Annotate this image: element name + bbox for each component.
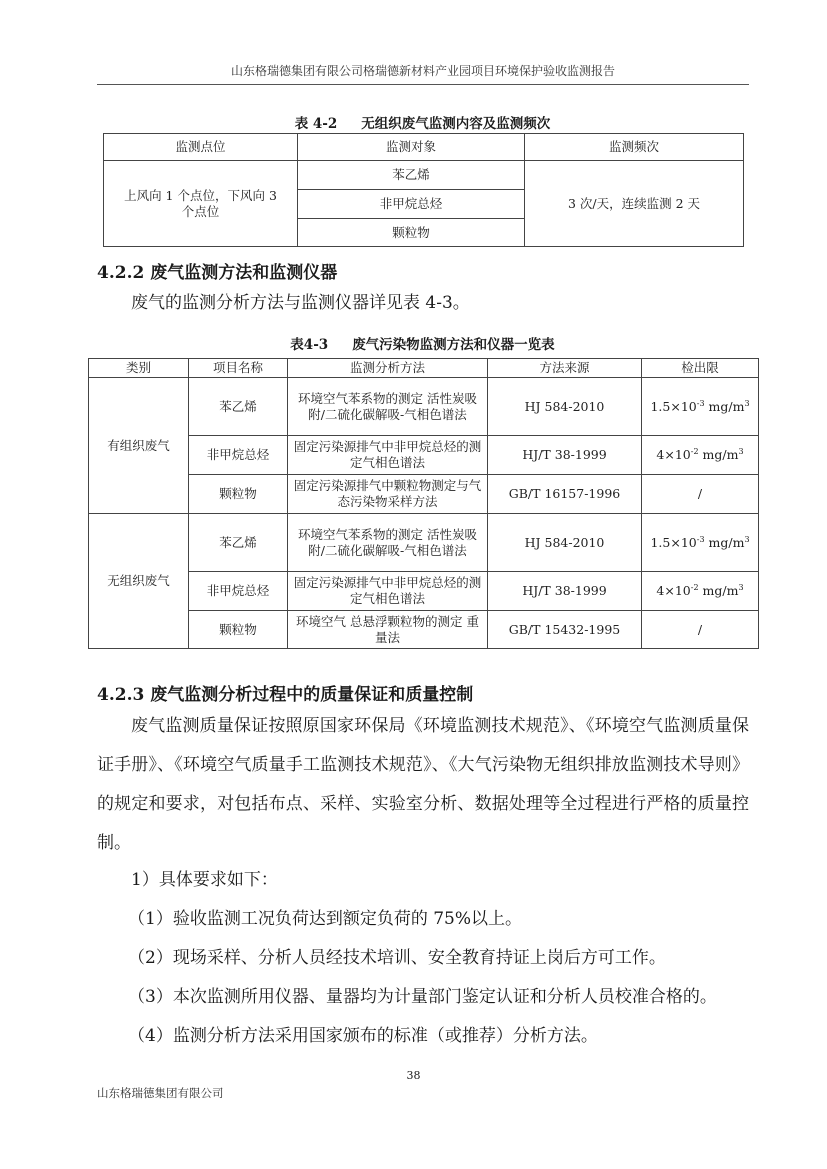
page-number: 38 <box>0 1069 827 1082</box>
item-cell: 非甲烷总烃 <box>189 572 288 611</box>
table-4-2: 监测点位 监测对象 监测频次 上风向 1 个点位，下风向 3 个点位 苯乙烯 3… <box>103 133 744 247</box>
source-cell: HJ/T 38-1999 <box>488 572 642 611</box>
header-cell: 监测频次 <box>525 134 744 161</box>
table-row: 颗粒物 固定污染源排气中颗粒物测定与气态污染物采样方法 GB/T 16157-1… <box>89 475 759 514</box>
source-cell: GB/T 16157-1996 <box>488 475 642 514</box>
limit-cell: 4×10-2 mg/m3 <box>642 572 759 611</box>
category-cell: 有组织废气 <box>89 378 189 514</box>
source-cell: GB/T 15432-1995 <box>488 611 642 649</box>
source-cell: HJ/T 38-1999 <box>488 436 642 475</box>
running-header: 山东格瑞德集团有限公司格瑞德新材料产业园项目环境保护验收监测报告 <box>97 62 749 79</box>
item-cell: 非甲烷总烃 <box>189 436 288 475</box>
table-row: 非甲烷总烃 固定污染源排气中非甲烷总烃的测定气相色谱法 HJ/T 38-1999… <box>89 436 759 475</box>
limit-cell: 4×10-2 mg/m3 <box>642 436 759 475</box>
location-cell: 上风向 1 个点位，下风向 3 个点位 <box>104 161 298 247</box>
table-4-2-caption: 表 4-2无组织废气监测内容及监测频次 <box>103 112 742 132</box>
table-row: 非甲烷总烃 固定污染源排气中非甲烷总烃的测定气相色谱法 HJ/T 38-1999… <box>89 572 759 611</box>
list-item: （3）本次监测所用仪器、量器均为计量部门鉴定认证和分析人员校准合格的。 <box>128 978 717 1017</box>
source-cell: HJ 584-2010 <box>488 514 642 572</box>
limit-cell: / <box>642 475 759 514</box>
header-cell: 监测对象 <box>298 134 525 161</box>
limit-cell: 1.5×10-3 mg/m3 <box>642 514 759 572</box>
table-row: 无组织废气 苯乙烯 环境空气苯系物的测定 活性炭吸附/二硫化碳解吸-气相色谱法 … <box>89 514 759 572</box>
item-cell: 苯乙烯 <box>189 378 288 436</box>
list-item: （4）监测分析方法采用国家颁布的标准（或推荐）分析方法。 <box>128 1017 598 1056</box>
header-cell: 类别 <box>89 359 189 378</box>
header-cell: 监测分析方法 <box>288 359 488 378</box>
method-cell: 环境空气苯系物的测定 活性炭吸附/二硫化碳解吸-气相色谱法 <box>288 378 488 436</box>
table-4-3-title: 废气污染物监测方法和仪器一览表 <box>352 337 555 353</box>
list-intro: 1）具体要求如下： <box>131 861 278 900</box>
method-cell: 固定污染源排气中非甲烷总烃的测定气相色谱法 <box>288 572 488 611</box>
item-cell: 颗粒物 <box>189 611 288 649</box>
table-4-2-number: 表 4-2 <box>295 116 338 132</box>
list-item: （1）验收监测工况负荷达到额定负荷的 75%以上。 <box>128 900 522 939</box>
table-row: 有组织废气 苯乙烯 环境空气苯系物的测定 活性炭吸附/二硫化碳解吸-气相色谱法 … <box>89 378 759 436</box>
table-4-2-title: 无组织废气监测内容及监测频次 <box>361 116 550 132</box>
method-cell: 固定污染源排气中颗粒物测定与气态污染物采样方法 <box>288 475 488 514</box>
object-cell: 非甲烷总烃 <box>298 190 525 219</box>
header-cell: 监测点位 <box>104 134 298 161</box>
section-heading-4-2-3: 4.2.3 废气监测分析过程中的质量保证和质量控制 <box>97 680 473 705</box>
section-4-2-3-paragraph: 废气监测质量保证按照原国家环保局《环境监测技术规范》、《环境空气监测质量保证手册… <box>97 707 749 863</box>
method-cell: 固定污染源排气中非甲烷总烃的测定气相色谱法 <box>288 436 488 475</box>
header-cell: 方法来源 <box>488 359 642 378</box>
frequency-cell: 3 次/天，连续监测 2 天 <box>525 161 744 247</box>
table-4-3-number: 表4-3 <box>290 337 328 353</box>
limit-cell: 1.5×10-3 mg/m3 <box>642 378 759 436</box>
method-cell: 环境空气苯系物的测定 活性炭吸附/二硫化碳解吸-气相色谱法 <box>288 514 488 572</box>
header-divider <box>97 84 749 85</box>
header-cell: 检出限 <box>642 359 759 378</box>
method-cell: 环境空气 总悬浮颗粒物的测定 重量法 <box>288 611 488 649</box>
object-cell: 苯乙烯 <box>298 161 525 190</box>
object-cell: 颗粒物 <box>298 219 525 247</box>
category-cell: 无组织废气 <box>89 514 189 649</box>
limit-cell: / <box>642 611 759 649</box>
table-4-3: 类别 项目名称 监测分析方法 方法来源 检出限 有组织废气 苯乙烯 环境空气苯系… <box>88 358 759 649</box>
table-row: 颗粒物 环境空气 总悬浮颗粒物的测定 重量法 GB/T 15432-1995 / <box>89 611 759 649</box>
header-cell: 项目名称 <box>189 359 288 378</box>
section-heading-4-2-2: 4.2.2 废气监测方法和监测仪器 <box>97 258 337 283</box>
item-cell: 颗粒物 <box>189 475 288 514</box>
item-cell: 苯乙烯 <box>189 514 288 572</box>
source-cell: HJ 584-2010 <box>488 378 642 436</box>
footer-company: 山东格瑞德集团有限公司 <box>97 1085 224 1101</box>
list-item: （2）现场采样、分析人员经技术培训、安全教育持证上岗后方可工作。 <box>128 939 666 978</box>
section-4-2-2-text: 废气的监测分析方法与监测仪器详见表 4-3。 <box>131 284 470 323</box>
table-4-3-caption: 表4-3废气污染物监测方法和仪器一览表 <box>88 333 757 353</box>
